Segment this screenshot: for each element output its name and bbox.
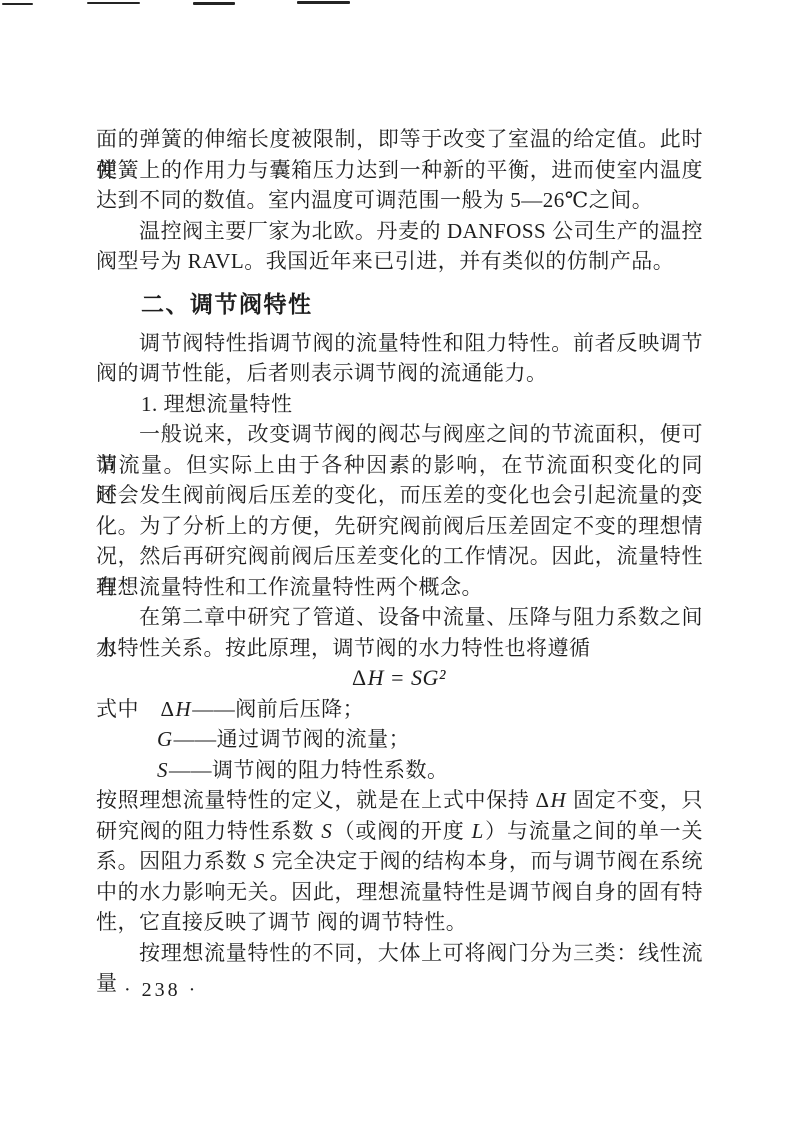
- section-heading: 二、调节阀特性: [96, 287, 703, 321]
- text-line: 况，然后再研究阀前阀后压差变化的工作情况。因此，流量特性有: [96, 541, 703, 572]
- scan-artifact-line: [87, 2, 140, 4]
- text-line: 节流量。但实际上由于各种因素的影响，在节流面积变化的同时，: [96, 450, 703, 481]
- text-line: 力特性关系。按此原理，调节阀的水力特性也将遵循: [96, 633, 703, 664]
- text-line: 阀型号为 RAVL。我国近年来已引进，并有类似的仿制产品。: [96, 246, 703, 277]
- text-line: 调节阀特性指调节阀的流量特性和阻力特性。前者反映调节: [96, 328, 703, 359]
- page-text-block: 面的弹簧的伸缩长度被限制，即等于改变了室温的给定值。此时使 弹簧上的作用力与囊箱…: [96, 124, 703, 1008]
- text-line: 一般说来，改变调节阀的阀芯与阀座之间的节流面积，便可调: [96, 419, 703, 450]
- scan-artifact-line: [297, 1, 350, 4]
- scanned-book-page: 面的弹簧的伸缩长度被限制，即等于改变了室温的给定值。此时使 弹簧上的作用力与囊箱…: [0, 0, 793, 1121]
- formula-definition-line: S——调节阀的阻力特性系数。: [96, 755, 703, 786]
- page-number: · 238 ·: [96, 977, 703, 1008]
- formula: ΔH = SG²: [96, 663, 703, 694]
- text-line: 化。为了分析上的方便，先研究阀前阀后压差固定不变的理想情: [96, 511, 703, 542]
- formula-definition-line: 式中 ΔH——阀前后压降；: [96, 694, 703, 725]
- text-line: 按理想流量特性的不同，大体上可将阀门分为三类：线性流量: [96, 938, 703, 969]
- text-line: 研究阀的阻力特性系数 S（或阀的开度 L）与流量之间的单一关: [96, 816, 703, 847]
- formula-definition-line: G——通过调节阀的流量；: [96, 724, 703, 755]
- text-line: 性，它直接反映了调节 阀的调节特性。: [96, 907, 703, 938]
- sub-heading: 1. 理想流量特性: [96, 389, 703, 420]
- text-line: 面的弹簧的伸缩长度被限制，即等于改变了室温的给定值。此时使: [96, 124, 703, 155]
- text-line: 在第二章中研究了管道、设备中流量、压降与阻力系数之间水: [96, 602, 703, 633]
- text-line: 中的水力影响无关。因此，理想流量特性是调节阀自身的固有特: [96, 877, 703, 908]
- text-line: 理想流量特性和工作流量特性两个概念。: [96, 572, 703, 603]
- scan-artifact-line: [193, 2, 235, 5]
- text-line: 还会发生阀前阀后压差的变化，而压差的变化也会引起流量的变: [96, 480, 703, 511]
- text-line: 系。因阻力系数 S 完全决定于阀的结构本身，而与调节阀在系统: [96, 846, 703, 877]
- text-line: 按照理想流量特性的定义，就是在上式中保持 ΔH 固定不变，只: [96, 785, 703, 816]
- scan-artifact-line: [2, 3, 33, 5]
- text-line: 阀的调节性能，后者则表示调节阀的流通能力。: [96, 358, 703, 389]
- text-line: 弹簧上的作用力与囊箱压力达到一种新的平衡，进而使室内温度: [96, 155, 703, 186]
- text-line: 温控阀主要厂家为北欧。丹麦的 DANFOSS 公司生产的温控: [96, 216, 703, 247]
- text-line: 达到不同的数值。室内温度可调范围一般为 5—26℃之间。: [96, 185, 703, 216]
